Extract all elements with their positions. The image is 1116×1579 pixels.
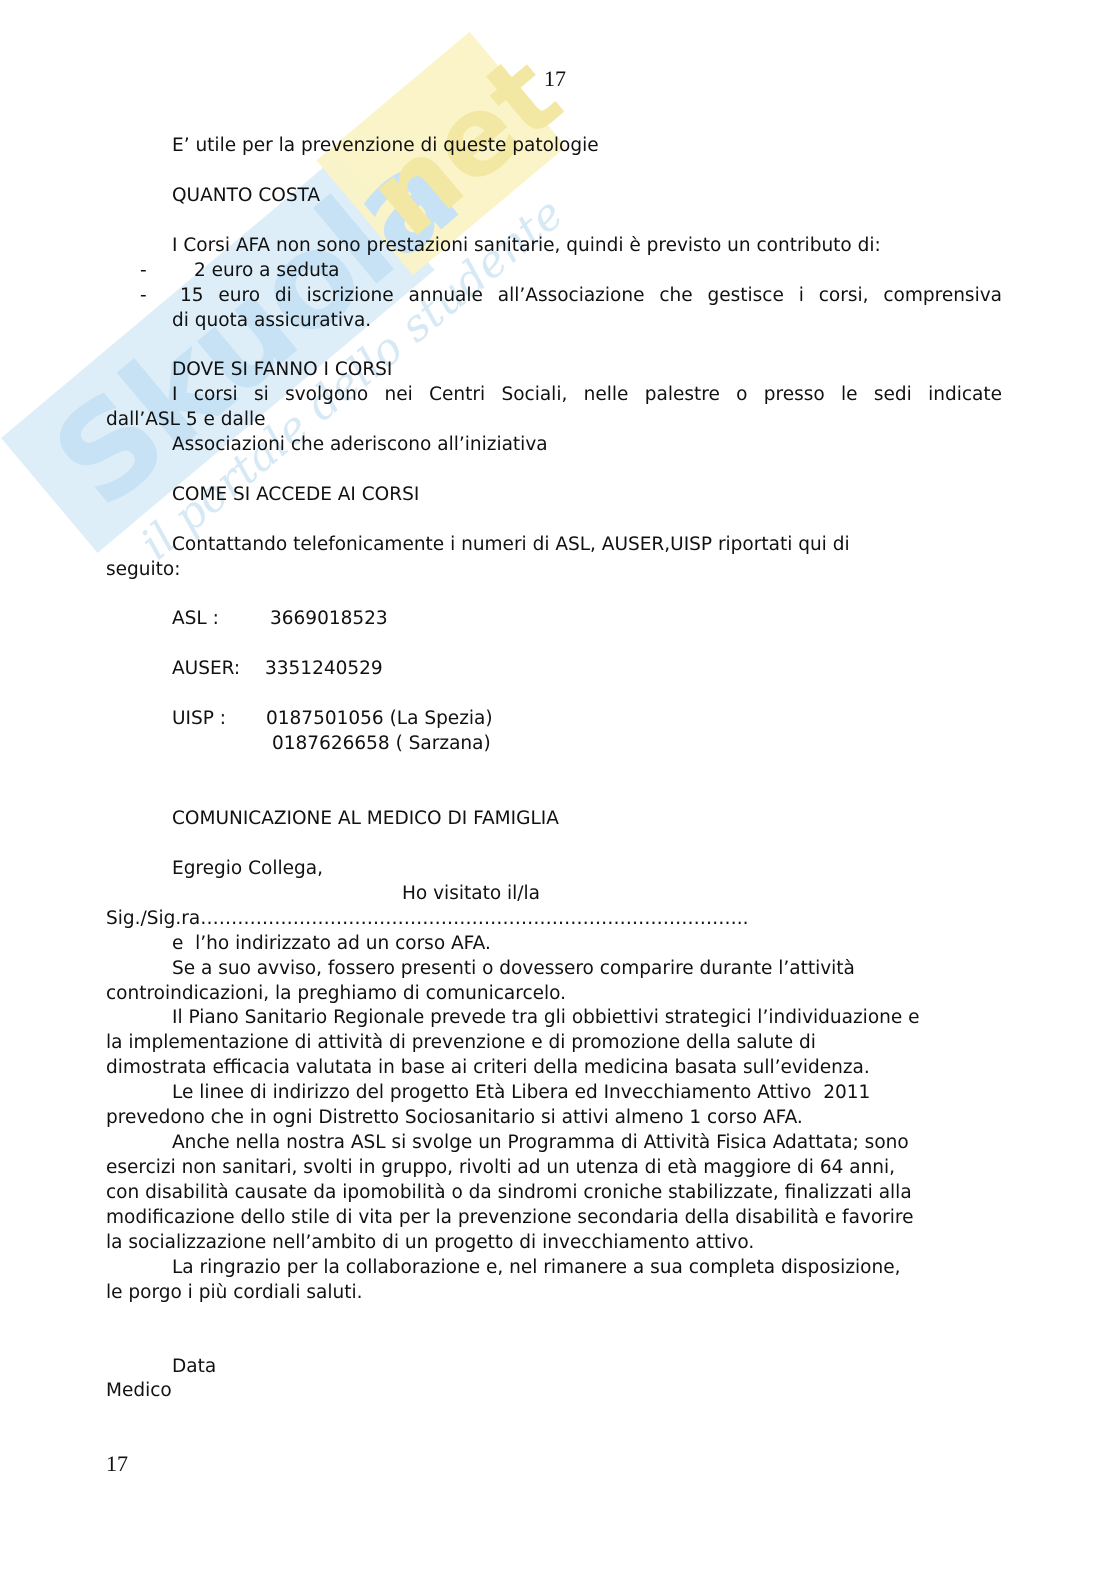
letter-p4-line-1: Anche nella nostra ASL si svolge un Prog… [172, 1130, 909, 1155]
cost-item-1: 2 euro a seduta [194, 258, 339, 283]
contact-asl-label: ASL : [172, 606, 219, 631]
letter-salutation: Egregio Collega, [172, 856, 323, 881]
letter-p3-line-1: Le linee di indirizzo del progetto Età L… [172, 1080, 870, 1105]
letter-p3-line-2: prevedono che in ogni Distretto Sociosan… [106, 1105, 803, 1130]
letter-p5-line-2: le porgo i più cordiali saluti. [106, 1280, 362, 1305]
cost-text: I Corsi AFA non sono prestazioni sanitar… [172, 233, 881, 258]
letter-date-label: Data [172, 1354, 216, 1379]
letter-p1-line-1: Se a suo avviso, fossero presenti o dove… [172, 956, 855, 981]
letter-patient-line: Sig./Sig.ra……………………………………………………………………………… [106, 906, 748, 931]
access-heading: COME SI ACCEDE AI CORSI [172, 482, 419, 507]
contact-uisp-label: UISP : [172, 706, 226, 731]
contact-uisp-number-2: 0187626658 ( Sarzana) [272, 731, 491, 756]
page-number-bottom: 17 [106, 1451, 128, 1477]
contact-uisp-number-1: 0187501056 (La Spezia) [266, 706, 493, 731]
contact-auser-label: AUSER: [172, 656, 240, 681]
letter-p2-line-1: Il Piano Sanitario Regionale prevede tra… [172, 1005, 920, 1030]
contact-asl-number: 3669018523 [270, 606, 388, 631]
contact-auser-number: 3351240529 [265, 656, 383, 681]
letter-p5-line-1: La ringrazio per la collaborazione e, ne… [172, 1255, 900, 1280]
where-line-2: dall’ASL 5 e dalle [106, 407, 265, 432]
letter-directed: e l’ho indirizzato ad un corso AFA. [172, 931, 491, 956]
letter-doctor-label: Medico [106, 1378, 172, 1403]
letter-p4-line-2: esercizi non sanitari, svolti in gruppo,… [106, 1155, 895, 1180]
letter-p4-line-3: con disabilità causate da ipomobilità o … [106, 1180, 912, 1205]
letter-p1-line-2: controindicazioni, la preghiamo di comun… [106, 981, 566, 1006]
letter-heading: COMUNICAZIONE AL MEDICO DI FAMIGLIA [172, 806, 559, 831]
cost-bullet-1: - [140, 258, 147, 283]
cost-item-2-continuation: di quota assicurativa. [172, 308, 371, 333]
where-line-1: I corsi si svolgono nei Centri Sociali, … [172, 382, 1002, 407]
cost-bullet-2: - [140, 283, 147, 308]
page-number-top: 17 [544, 66, 566, 92]
cost-item-2: 15 euro di iscrizione annuale all’Associ… [180, 283, 1002, 308]
document-page: Skuola net il portale dello studente 17 … [0, 0, 1116, 1579]
letter-p2-line-2: la implementazione di attività di preven… [106, 1030, 816, 1055]
letter-p4-line-5: la socializzazione nell’ambito di un pro… [106, 1230, 754, 1255]
where-line-3: Associazioni che aderiscono all’iniziati… [172, 432, 548, 457]
access-line-2: seguito: [106, 557, 180, 582]
letter-p2-line-3: dimostrata efficacia valutata in base ai… [106, 1055, 870, 1080]
letter-p4-line-4: modificazione dello stile di vita per la… [106, 1205, 914, 1230]
where-heading: DOVE SI FANNO I CORSI [172, 357, 392, 382]
intro-text: E’ utile per la prevenzione di queste pa… [172, 133, 599, 158]
cost-heading: QUANTO COSTA [172, 183, 320, 208]
letter-visited: Ho visitato il/la [402, 881, 540, 906]
access-line-1: Contattando telefonicamente i numeri di … [172, 532, 850, 557]
